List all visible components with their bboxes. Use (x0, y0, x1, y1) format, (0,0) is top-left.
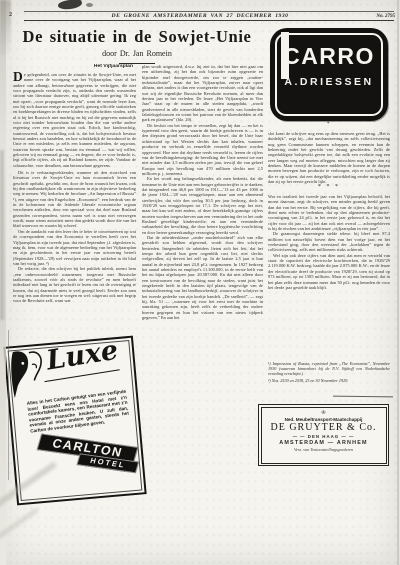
header-rule-bottom (24, 20, 394, 21)
issue-number: No. 2795 (376, 14, 395, 19)
article-title: De situatie in de Sowjet-Unie (12, 27, 262, 47)
carlton-hotel-ad: Luxe Alles in het Carlton getuigt van ee… (3, 336, 146, 506)
footnotes: ¹) Impression of Russia, reprinted from … (268, 361, 390, 384)
carro-owner-text: A.DRIESSEN (270, 76, 388, 88)
footnote-1: ¹) Impression of Russia, reprinted from … (268, 361, 390, 376)
scan-edge-shadow (397, 0, 399, 565)
scan-artifact (57, 0, 82, 11)
scan-artifact (0, 0, 11, 55)
masthead: DE GROENE AMSTERDAMMER VAN 27 DECEMBER 1… (0, 13, 400, 19)
paragraph: Wel zijn ook deze cijfers van dien aard,… (268, 253, 390, 290)
newspaper-page: 2 DE GROENE AMSTERDAMMER VAN 27 DECEMBER… (0, 0, 400, 565)
gruyter-city-denhaag: — — DEN HAAG — — (262, 434, 386, 439)
article-column-1: Het Vijfjaarsplan De gelegenheid, om ove… (13, 64, 136, 332)
paragraph: Dit besluit om het tempo te versnellen, … (142, 123, 263, 176)
section-separator: * * * (268, 184, 390, 190)
article-byline: door Dr. Jan Romein (12, 49, 262, 58)
paragraph: Wat en totaliteit het tweede jaar van he… (268, 194, 390, 231)
gruyter-cities: AMSTERDAM — ARNHEM (262, 440, 386, 446)
gruyter-company-name: DE GRUYTER & Co. (262, 422, 386, 433)
article-column-3-bottom: Wat en totaliteit het tweede jaar van he… (268, 194, 390, 354)
article-column-3-top: slot komt de schrijver nog eens op dien … (268, 131, 390, 185)
article-column-2: plan wordt uitgevoerd, d.w.z. hij ziet i… (142, 64, 263, 463)
deco-faces-illustration (9, 347, 49, 400)
scan-artifact (0, 508, 39, 542)
drop-cap: D (13, 72, 23, 83)
de-gruyter-ad: ♔ Ned. Meubeltransport-Maatschappij DE G… (258, 404, 389, 466)
gruyter-ad-inner-border: ♔ Ned. Meubeltransport-Maatschappij DE G… (261, 407, 387, 464)
paragraph: Dat de arbeidersklasse „onder machteloos… (142, 235, 263, 321)
end-of-article-rule (333, 396, 393, 398)
gruyter-services: Verz. van Tentoonstellingsgoederen (262, 447, 386, 452)
carro-brand-text: CARRO (270, 43, 388, 70)
paragraph: Om de aandacht van den lezer des te bete… (13, 229, 136, 266)
paragraph: Dit is te verbazingwekkender, wanneer ui… (13, 170, 136, 229)
carro-footnote-mark: * (327, 122, 330, 127)
carro-driessen-ad: CARRO A.DRIESSEN (270, 28, 388, 121)
paragraph: slot komt de schrijver nog eens op dien … (268, 131, 390, 184)
paragraph: De redactie, die den schrijver bij het p… (13, 266, 136, 303)
scan-artifact (86, 3, 93, 7)
section-heading: Het Vijfjaarsplan (13, 64, 133, 69)
scan-edge-shadow (0, 0, 6, 565)
gruyter-company-type: Ned. Meubeltransport-Maatschappij (262, 417, 386, 422)
paragraph: De gelegenheid, om over de situatie in d… (13, 72, 136, 168)
paragraph: En het wordt nog belangwekkender, als me… (142, 176, 263, 235)
scan-artifact (0, 150, 4, 320)
paragraph: De graanoogst daarentegen stelde teleur:… (268, 231, 390, 252)
paragraph: plan wordt uitgevoerd, d.w.z. hij ziet i… (142, 64, 263, 123)
header-rule-top (24, 11, 394, 12)
crown-icon: ♔ (262, 410, 386, 416)
footnote-2: ²) Nos. 2530 en 2538, 23 en 30 November … (268, 378, 390, 383)
article-headline-block: De situatie in de Sowjet-Unie door Dr. J… (12, 27, 262, 64)
paragraph-text: e gelegenheid, om over de situatie in de… (13, 72, 136, 168)
